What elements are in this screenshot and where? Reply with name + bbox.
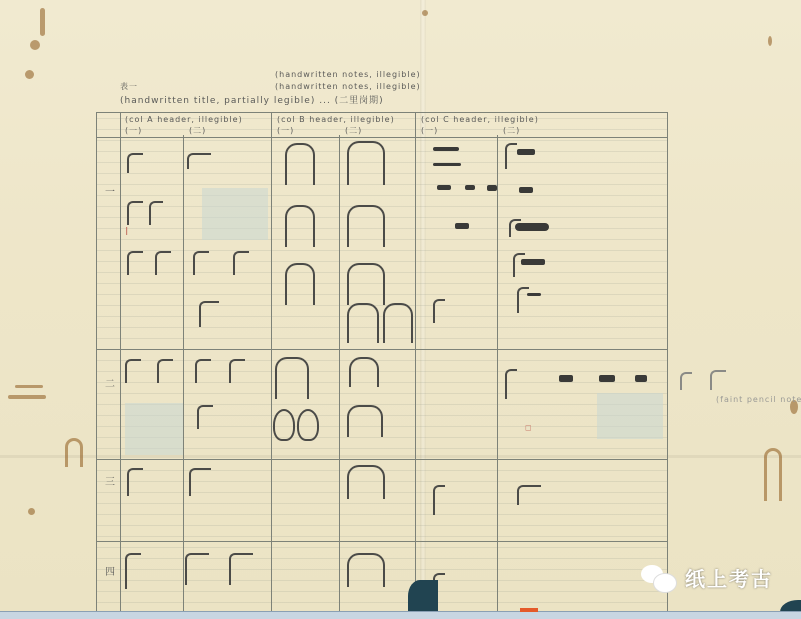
watermark: 纸上考古 <box>641 563 773 592</box>
vessel-profile-sketch <box>285 263 315 305</box>
rim-profile-sketch <box>125 553 141 589</box>
row-divider <box>97 459 667 460</box>
rim-profile-sketch <box>509 219 521 237</box>
paperclip-rust-mark <box>65 438 83 467</box>
wechat-icon <box>641 565 677 591</box>
rim-profile-sketch <box>193 251 209 275</box>
rim-profile-sketch <box>127 153 143 173</box>
torn-paper-edge <box>408 580 438 612</box>
rim-profile-sketch <box>197 405 213 429</box>
decoration-band <box>465 185 475 190</box>
row-label-divider <box>120 113 121 612</box>
rim-profile-sketch <box>187 153 211 169</box>
red-mark: ◻ <box>525 423 533 432</box>
subcolumn-header: (一) <box>277 125 294 136</box>
subcolumn-header: (一) <box>125 125 142 136</box>
subcolumn-header: (二) <box>503 125 520 136</box>
rim-profile-sketch <box>149 201 163 225</box>
rim-profile-sketch <box>433 485 445 515</box>
decoration-band <box>433 147 459 151</box>
stain <box>28 508 35 515</box>
vessel-profile-sketch <box>383 303 413 343</box>
typology-table: (col A header, illegible) (一) (二) (col B… <box>96 112 668 612</box>
column-header: (col B header, illegible) <box>277 115 395 124</box>
decoration-band <box>559 375 573 382</box>
rim-profile-sketch <box>185 553 209 585</box>
subcolumn-header: (一) <box>421 125 438 136</box>
decoration-band <box>517 149 535 155</box>
rim-profile-sketch <box>189 468 211 496</box>
decoration-band <box>433 163 461 166</box>
vessel-profile-sketch <box>285 143 315 185</box>
subcolumn-header: (二) <box>189 125 206 136</box>
jar-sketch <box>297 409 319 441</box>
document-title: (handwritten title, partially legible) .… <box>120 93 384 106</box>
decoration-band <box>437 185 451 190</box>
rim-profile-sketch <box>127 201 143 225</box>
watermark-text: 纸上考古 <box>685 563 773 592</box>
stain <box>15 385 43 388</box>
margin-note: (faint pencil note, illegible) <box>716 395 801 404</box>
rim-profile-sketch <box>517 485 541 505</box>
red-mark: I <box>125 225 129 238</box>
row-label-3: 三 <box>105 473 116 488</box>
column-divider <box>271 113 272 612</box>
decoration-band <box>527 293 541 296</box>
viewer-bottom-bar <box>0 611 801 619</box>
vessel-profile-sketch <box>285 205 315 247</box>
stain <box>30 40 40 50</box>
row-label-2: 二 <box>105 375 116 390</box>
vessel-profile-sketch <box>347 465 385 499</box>
rim-profile-sketch <box>199 301 219 327</box>
vessel-profile-sketch <box>275 357 309 399</box>
row-divider <box>97 349 667 350</box>
margin-sketch <box>710 370 726 390</box>
vessel-profile-sketch <box>347 141 385 185</box>
rim-profile-sketch <box>517 287 529 313</box>
vessel-profile-sketch <box>347 263 385 305</box>
stain <box>40 8 45 36</box>
subcolumn-header: (二) <box>345 125 362 136</box>
row-label-4: 四 <box>105 563 116 578</box>
decoration-band <box>599 375 615 382</box>
stain <box>25 70 34 79</box>
rim-profile-sketch <box>155 251 171 275</box>
rim-profile-sketch <box>513 253 525 277</box>
rim-profile-sketch <box>229 553 253 585</box>
vessel-profile-sketch <box>347 303 379 343</box>
rim-profile-sketch <box>433 299 445 323</box>
pasted-paper-patch <box>597 393 663 439</box>
scanned-document: 表一 (handwritten title, partially legible… <box>0 0 801 612</box>
rim-profile-sketch <box>195 359 211 383</box>
decoration-band <box>487 185 497 191</box>
notes-line-1: (handwritten notes, illegible) <box>275 70 421 79</box>
column-header: (col C header, illegible) <box>421 115 539 124</box>
rim-profile-sketch <box>157 359 173 383</box>
pasted-paper-patch <box>125 403 183 455</box>
vessel-profile-sketch <box>347 405 383 437</box>
column-header: (col A header, illegible) <box>125 115 243 124</box>
notes-line-2: (handwritten notes, illegible) <box>275 82 421 91</box>
header-divider <box>97 137 667 138</box>
decoration-band <box>519 187 533 193</box>
rim-profile-sketch <box>233 251 249 275</box>
rim-profile-sketch <box>505 369 517 399</box>
sheet-label: 表一 <box>120 81 138 92</box>
rim-profile-sketch <box>125 359 141 383</box>
rim-profile-sketch <box>505 143 517 169</box>
margin-sketch <box>680 372 692 390</box>
vessel-profile-sketch <box>349 357 379 387</box>
decoration-band <box>455 223 469 229</box>
row-divider <box>97 541 667 542</box>
paperclip-rust-mark <box>764 448 782 501</box>
vessel-profile-sketch <box>347 553 385 587</box>
stain <box>8 395 46 399</box>
pasted-paper-patch <box>202 188 268 240</box>
rim-profile-sketch <box>127 468 143 496</box>
stain <box>768 36 772 46</box>
rim-profile-sketch <box>229 359 245 383</box>
row-label-1: 一 <box>105 183 116 198</box>
decoration-band <box>635 375 647 382</box>
viewer-accent-marker <box>520 608 538 612</box>
jar-sketch <box>273 409 295 441</box>
vessel-profile-sketch <box>347 205 385 247</box>
rim-profile-sketch <box>127 251 143 275</box>
stain <box>422 10 428 16</box>
column-divider <box>415 113 416 612</box>
